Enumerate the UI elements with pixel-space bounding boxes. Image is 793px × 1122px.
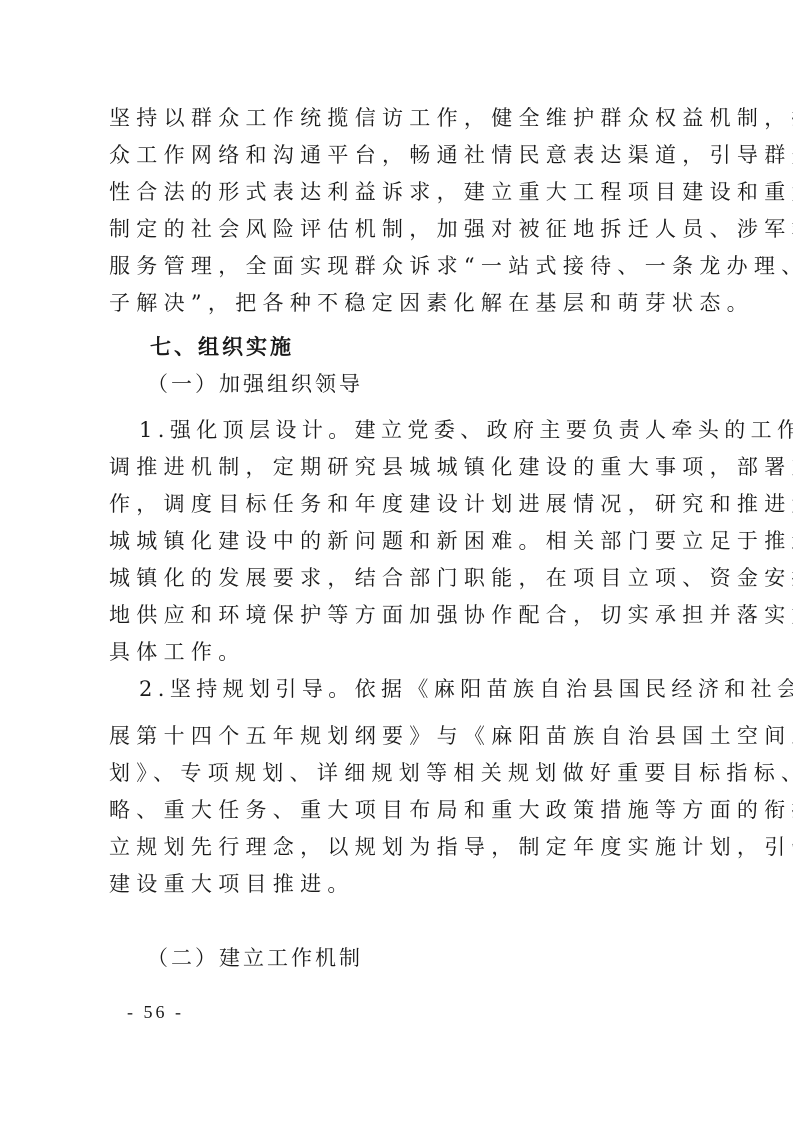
body-text-line: 展第十四个五年规划纲要》与《麻阳苗族自治县国土空间总体规 [109,722,689,750]
body-text-line: 众工作网络和沟通平台，畅通社情民意表达渠道，引导群众以理 [109,141,689,169]
body-text-line: 地供应和环境保护等方面加强协作配合，切实承担并落实好相关 [109,601,689,629]
subsection-heading: （一）加强组织领导 [147,370,727,398]
body-text-line: 略、重大任务、重大项目布局和重大政策措施等方面的衔接。树 [109,796,689,824]
body-text-line: 划》、专项规划、详细规划等相关规划做好重要目标指标、重大战 [109,759,689,787]
body-text-line: 城镇化的发展要求，结合部门职能，在项目立项、资金安排、土 [109,564,689,592]
body-text-line: 制定的社会风险评估机制，加强对被征地拆迁人员、涉军群体的 [109,215,689,243]
section-heading: 七、组织实施 [150,333,730,361]
body-text-line: 建设重大项目推进。 [109,870,689,898]
body-text-line: 1.强化顶层设计。建立党委、政府主要负责人牵头的工作协 [139,416,719,444]
subsection-heading: （二）建立工作机制 [147,944,727,972]
document-page: 坚持以群众工作统揽信访工作，健全维护群众权益机制，搭建群 众工作网络和沟通平台，… [0,0,793,1122]
body-text-line: 子解决”，把各种不稳定因素化解在基层和萌芽状态。 [109,289,689,317]
body-text-line: 城城镇化建设中的新问题和新困难。相关部门要立足于推进新型 [109,527,689,555]
page-number: - 56 - [127,1002,184,1023]
body-text-line: 性合法的形式表达利益诉求，建立重大工程项目建设和重大政策 [109,178,689,206]
body-text-line: 立规划先行理念，以规划为指导，制定年度实施计划，引领城乡 [109,833,689,861]
body-text-line: 具体工作。 [109,638,689,666]
body-text-line: 2.坚持规划引导。依据《麻阳苗族自治县国民经济和社会发 [139,675,719,703]
body-text-line: 调推进机制，定期研究县城城镇化建设的重大事项，部署重点工 [109,453,689,481]
body-text-line: 作，调度目标任务和年度建设计划进展情况，研究和推进解决县 [109,490,689,518]
body-text-line: 服务管理，全面实现群众诉求“一站式接待、一条龙办理、一揽 [109,252,689,280]
body-text-line: 坚持以群众工作统揽信访工作，健全维护群众权益机制，搭建群 [109,104,689,132]
